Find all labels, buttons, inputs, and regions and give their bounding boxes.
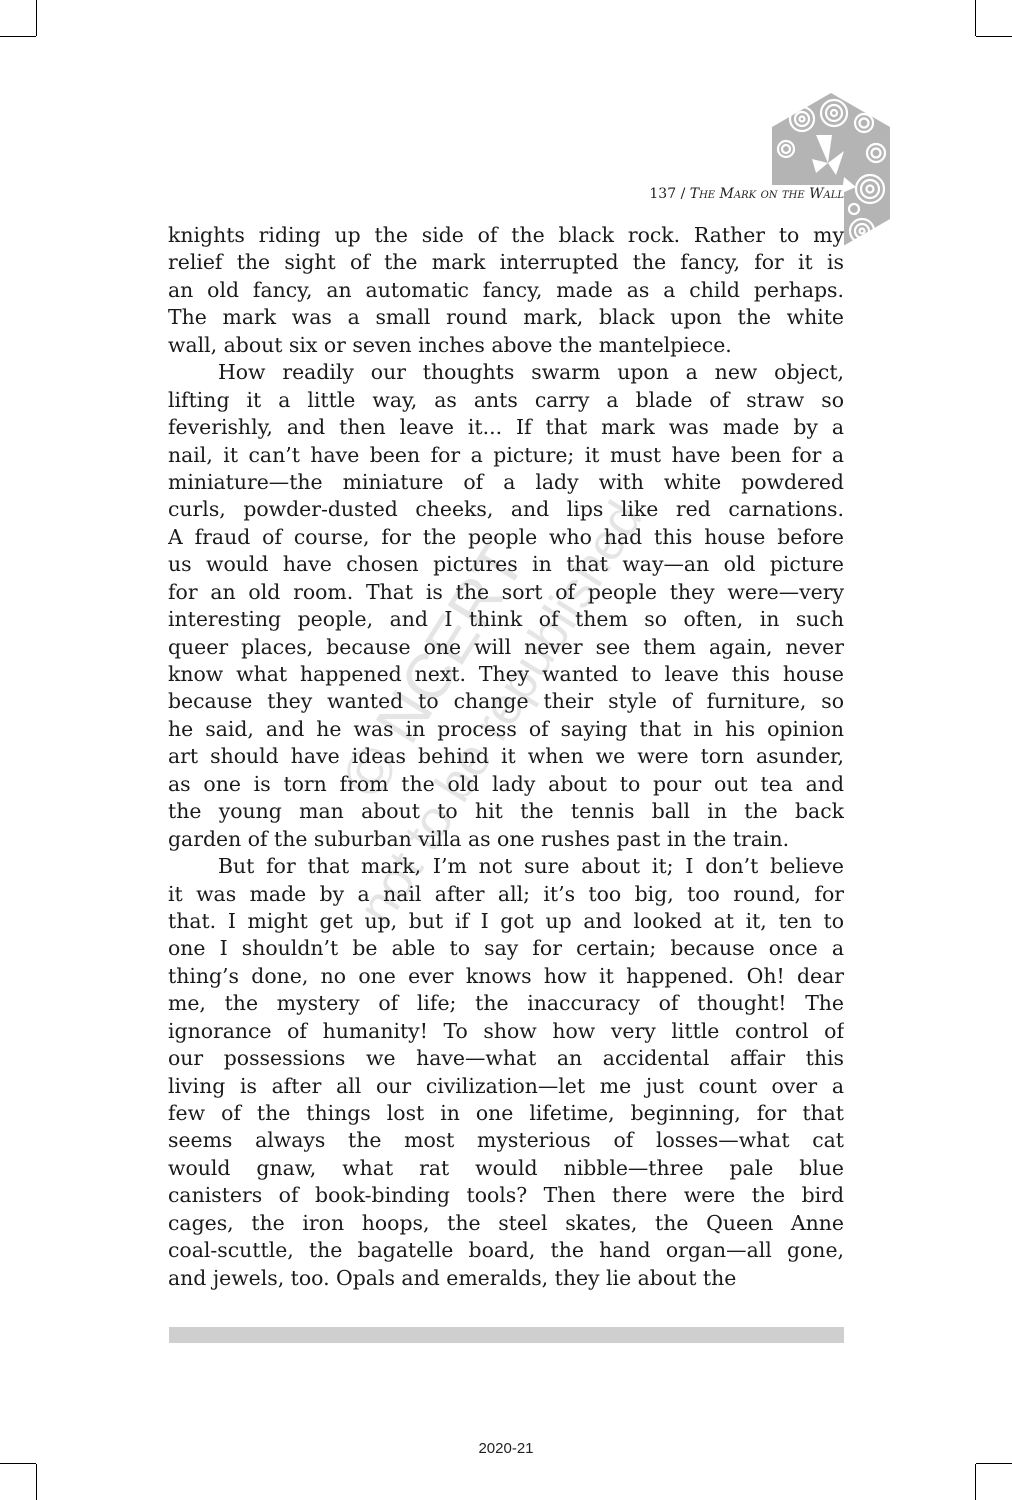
text-line: lifting it a little way, as ants carry a… [168, 387, 844, 414]
paragraph: knights riding up the side of the black … [168, 222, 844, 359]
crop-mark-bottom-right-v [975, 1464, 976, 1500]
text-line: miniature—the miniature of a lady with w… [168, 469, 844, 496]
text-line: our possessions we have—what an accident… [168, 1045, 844, 1072]
text-line: he said, and he was in process of saying… [168, 716, 844, 743]
text-line: queer places, because one will never see… [168, 634, 844, 661]
text-line: living is after all our civilization—let… [168, 1073, 844, 1100]
crop-mark-top-right-h [976, 36, 1012, 37]
running-head: 137 / The Mark on the Wall [560, 186, 844, 202]
text-line: cages, the iron hoops, the steel skates,… [168, 1210, 844, 1237]
text-line: it was made by a nail after all; it’s to… [168, 881, 844, 908]
chapter-title: The Mark on the Wall [690, 186, 844, 202]
running-head-separator: / [676, 186, 690, 202]
text-line: knights riding up the side of the black … [168, 222, 844, 249]
text-line: me, the mystery of life; the inaccuracy … [168, 990, 844, 1017]
text-line: would gnaw, what rat would nibble—three … [168, 1155, 844, 1182]
text-line: wall, about six or seven inches above th… [168, 332, 844, 359]
text-line: nail, it can’t have been for a picture; … [168, 442, 844, 469]
text-line: relief the sight of the mark interrupted… [168, 249, 844, 276]
text-line: thing’s done, no one ever knows how it h… [168, 963, 844, 990]
paragraph: But for that mark, I’m not sure about it… [168, 853, 844, 1292]
text-line: coal-scuttle, the bagatelle board, the h… [168, 1237, 844, 1264]
crop-mark-bottom-left-v [36, 1464, 37, 1500]
text-line: But for that mark, I’m not sure about it… [168, 853, 844, 880]
text-line: know what happened next. They wanted to … [168, 661, 844, 688]
text-line: feverishly, and then leave it... If that… [168, 414, 844, 441]
text-line: and jewels, too. Opals and emeralds, the… [168, 1265, 844, 1292]
text-line: the young man about to hit the tennis ba… [168, 798, 844, 825]
text-line: as one is torn from the old lady about t… [168, 771, 844, 798]
text-line: for an old room. That is the sort of peo… [168, 579, 844, 606]
crop-mark-top-right-v [975, 0, 976, 36]
text-line: How readily our thoughts swarm upon a ne… [168, 359, 844, 386]
text-line: few of the things lost in one lifetime, … [168, 1100, 844, 1127]
text-line: one I shouldn’t be able to say for certa… [168, 935, 844, 962]
text-line: canisters of book-binding tools? Then th… [168, 1182, 844, 1209]
text-line: interesting people, and I think of them … [168, 606, 844, 633]
page-number: 137 [649, 186, 676, 202]
text-line: ignorance of humanity! To show how very … [168, 1018, 844, 1045]
text-line: A fraud of course, for the people who ha… [168, 524, 844, 551]
crop-mark-bottom-right-h [976, 1463, 1012, 1464]
footer-year: 2020-21 [0, 1440, 1012, 1457]
text-line: us would have chosen pictures in that wa… [168, 551, 844, 578]
crop-mark-top-left-v [36, 0, 37, 36]
crop-mark-bottom-left-h [0, 1463, 36, 1464]
text-line: seems always the most mysterious of loss… [168, 1127, 844, 1154]
paragraph: How readily our thoughts swarm upon a ne… [168, 359, 844, 853]
crop-mark-top-left-h [0, 36, 36, 37]
text-line: garden of the suburban villa as one rush… [168, 826, 844, 853]
footer-bar [169, 1327, 844, 1343]
text-line: because they wanted to change their styl… [168, 688, 844, 715]
text-line: that. I might get up, but if I got up an… [168, 908, 844, 935]
text-line: an old fancy, an automatic fancy, made a… [168, 277, 844, 304]
text-line: art should have ideas behind it when we … [168, 743, 844, 770]
body-text: knights riding up the side of the black … [168, 222, 844, 1292]
text-line: curls, powder-dusted cheeks, and lips li… [168, 496, 844, 523]
text-line: The mark was a small round mark, black u… [168, 304, 844, 331]
